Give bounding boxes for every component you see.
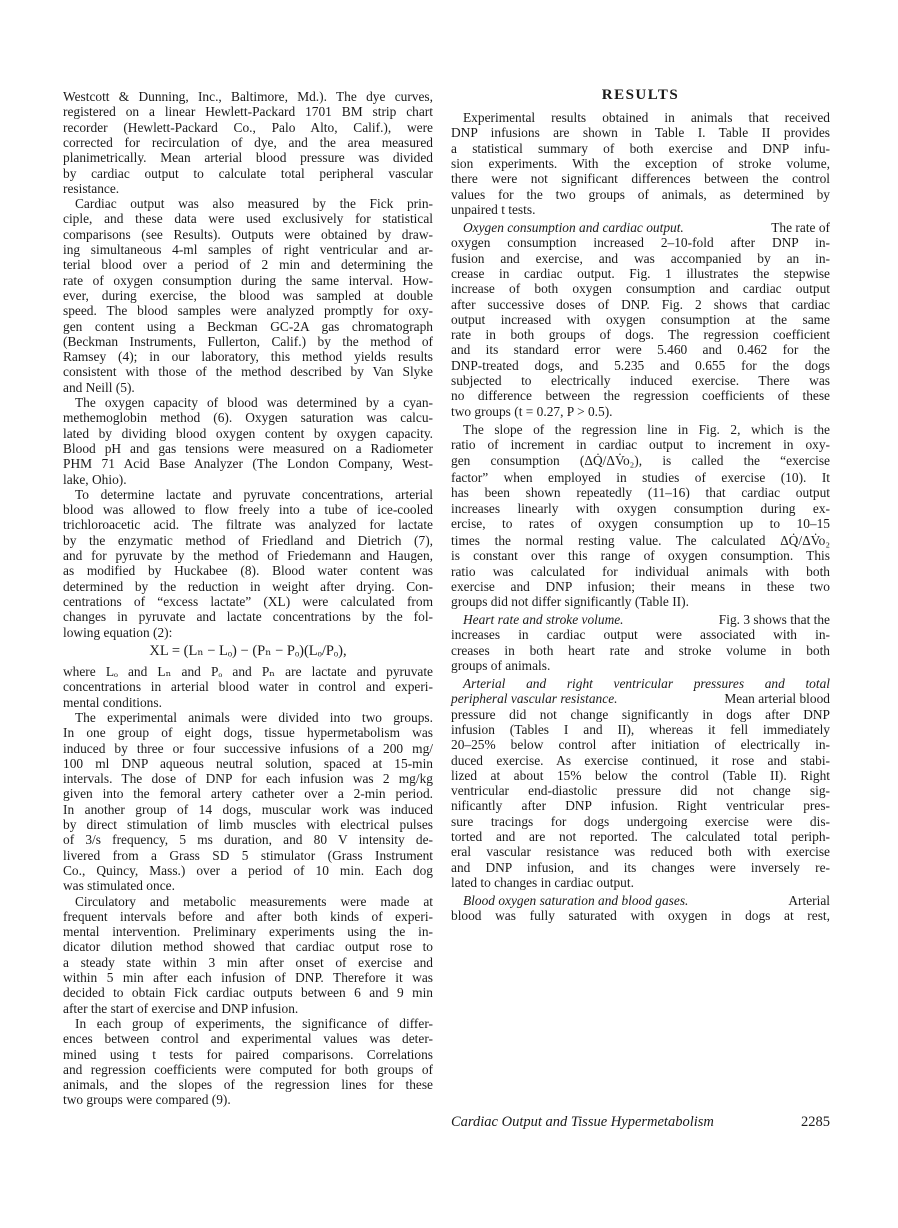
text-line: output increased with oxygen consumption… bbox=[451, 312, 830, 327]
text-line: unpaired t tests. bbox=[451, 202, 830, 217]
paragraph-start: Heart rate and stroke volume. Fig. 3 sho… bbox=[451, 612, 830, 627]
text-line: planimetrically. Mean arterial blood pre… bbox=[63, 150, 433, 165]
text-line: methemoglobin method (6). Oxygen saturat… bbox=[63, 410, 433, 425]
text-run: Mean arterial blood bbox=[724, 691, 830, 706]
subsection-title: Arterial and right ventricular pressures… bbox=[463, 676, 830, 691]
paragraph-start: The slope of the regression line in Fig.… bbox=[451, 422, 830, 437]
text-line: (Beckman Instruments, Fullerton, Calif.)… bbox=[63, 334, 433, 349]
text-line: ciple, and these data were used exclusiv… bbox=[63, 211, 433, 226]
text-line: intervals. The dose of DNP for each infu… bbox=[63, 771, 433, 786]
text-line: a statistical summary of both exercise a… bbox=[451, 141, 830, 156]
text-line: consistent with those of the method desc… bbox=[63, 364, 433, 379]
text-line: increases linearly with oxygen consumpti… bbox=[451, 501, 830, 516]
text-line: decided to obtain Fick cardiac outputs b… bbox=[63, 985, 433, 1000]
text-line: lowing equation (2): bbox=[63, 625, 433, 640]
text-line: subjected to electrically induced exerci… bbox=[451, 373, 830, 388]
text-line: 100 ml DNP aqueous neutral solution, spa… bbox=[63, 756, 433, 771]
text-line: blood was fully saturated with oxygen in… bbox=[451, 908, 830, 923]
paragraph-start: Oxygen consumption and cardiac output. T… bbox=[451, 220, 830, 235]
subsection-title: Oxygen consumption and cardiac output. bbox=[463, 220, 684, 235]
text-line: frequent intervals before and after both… bbox=[63, 909, 433, 924]
subsection-title: Heart rate and stroke volume. bbox=[463, 612, 624, 627]
paragraph-start: In each group of experiments, the signif… bbox=[63, 1016, 433, 1031]
text-line: nificantly after DNP infusion. Right ven… bbox=[451, 798, 830, 813]
text-line: a steady state within 3 min after onset … bbox=[63, 955, 433, 970]
paragraph-start: Arterial and right ventricular pressures… bbox=[451, 676, 830, 691]
text-line: times the normal resting value. The calc… bbox=[451, 533, 830, 548]
running-title: Cardiac Output and Tissue Hypermetabolis… bbox=[451, 1114, 714, 1131]
text-line: lake, Ohio). bbox=[63, 472, 433, 487]
text-line: Co., Quincy, Mass.) over a period of 10 … bbox=[63, 863, 433, 878]
text-line: mined using t tests for paired compariso… bbox=[63, 1047, 433, 1062]
text-line: corrected for recirculation of dye, and … bbox=[63, 135, 433, 150]
text-run: Fig. 3 shows that the bbox=[719, 612, 830, 627]
text-line: changes in pyruvate and lactate concentr… bbox=[63, 609, 433, 624]
text-line: terial blood over a period of 2 min and … bbox=[63, 257, 433, 272]
text-line: crease in cardiac output. Fig. 1 illustr… bbox=[451, 266, 830, 281]
text-line: by the enzymatic method of Friedland and… bbox=[63, 533, 433, 548]
text-line: mental intervention. Preliminary experim… bbox=[63, 924, 433, 939]
text-line: In another group of 14 dogs, muscular wo… bbox=[63, 802, 433, 817]
text-line: after successive doses of DNP. Fig. 2 sh… bbox=[451, 297, 830, 312]
text-line: Blood pH and gas tensions were measured … bbox=[63, 441, 433, 456]
text-line: and regression coefficients were compute… bbox=[63, 1062, 433, 1077]
text-line: fusion and exercise, and was accompanied… bbox=[451, 251, 830, 266]
text-line: sure tracings for dogs undergoing exerci… bbox=[451, 814, 830, 829]
text-line: lized at about 15% below the control (Ta… bbox=[451, 768, 830, 783]
text-line: PHM 71 Acid Base Analyzer (The London Co… bbox=[63, 456, 433, 471]
text-line: where Lₒ and Lₙ and Pₒ and Pₙ are lactat… bbox=[63, 664, 433, 679]
text-line: factor” when employed in studies of exer… bbox=[451, 470, 830, 485]
text-line: ever, during exercise, the blood was sam… bbox=[63, 288, 433, 303]
text-line: blood was allowed to flow freely into a … bbox=[63, 502, 433, 517]
text-line: exercise and DNP infusion; their means i… bbox=[451, 579, 830, 594]
text-line: infusion (Tables I and II), whereas it f… bbox=[451, 722, 830, 737]
text-line: increase of both oxygen consumption and … bbox=[451, 281, 830, 296]
text-line: concentrations in arterial blood water i… bbox=[63, 679, 433, 694]
text-line: resistance. bbox=[63, 181, 433, 196]
text-line: animals, and the slopes of the regressio… bbox=[63, 1077, 433, 1092]
text-line: ventricular end-diastolic pressure did n… bbox=[451, 783, 830, 798]
section-heading-results: RESULTS bbox=[451, 87, 830, 104]
text-line: In one group of eight dogs, tissue hyper… bbox=[63, 725, 433, 740]
text-line: was stimulated once. bbox=[63, 878, 433, 893]
paragraph-start: Experimental results obtained in animals… bbox=[451, 110, 830, 125]
text-line: rate of oxygen consumption during the sa… bbox=[63, 273, 433, 288]
text-line: groups of animals. bbox=[451, 658, 830, 673]
paragraph-start: To determine lactate and pyruvate concen… bbox=[63, 487, 433, 502]
subsection-title-cont: peripheral vascular resistance. bbox=[451, 691, 618, 706]
text-line: ratio of increment in cardiac output to … bbox=[451, 437, 830, 452]
text-line: creases in both heart rate and stroke vo… bbox=[451, 643, 830, 658]
text-line: ercise, to rates of oxygen consumption u… bbox=[451, 516, 830, 531]
equation: XL = (Lₙ − Lₒ) − (Pₙ − Pₒ)(Lₒ/Pₒ), bbox=[63, 644, 433, 659]
text-line: no difference between the regression coe… bbox=[451, 388, 830, 403]
text-line: ences between control and experimental v… bbox=[63, 1031, 433, 1046]
page-number: 2285 bbox=[801, 1114, 830, 1131]
text-line: determined by the reduction in weight af… bbox=[63, 579, 433, 594]
text-line: 20–25% below control after initiation of… bbox=[451, 737, 830, 752]
text-line: DNP infusions are shown in Table I. Tabl… bbox=[451, 125, 830, 140]
text-line: Westcott & Dunning, Inc., Baltimore, Md.… bbox=[63, 89, 433, 104]
text-line: and Neill (5). bbox=[63, 380, 433, 395]
text-run: Arterial bbox=[788, 893, 830, 908]
text-line: torted and are not reported. The calcula… bbox=[451, 829, 830, 844]
text-line: there were not significant differences b… bbox=[451, 171, 830, 186]
text-line: ing simultaneous 4-ml samples of right v… bbox=[63, 242, 433, 257]
text-line: two groups (t = 0.27, P > 0.5). bbox=[451, 404, 830, 419]
text-line: as modified by Huckabee (8). Blood water… bbox=[63, 563, 433, 578]
text-line: groups did not differ significantly (Tab… bbox=[451, 594, 830, 609]
text-line: has been shown repeatedly (11–16) that c… bbox=[451, 485, 830, 500]
text-line: induced by three or four successive infu… bbox=[63, 741, 433, 756]
text-line: mental conditions. bbox=[63, 695, 433, 710]
text-line: trichloroacetic acid. The filtrate was a… bbox=[63, 517, 433, 532]
text-line: gen content using a Beckman GC-2A gas ch… bbox=[63, 319, 433, 334]
text-line: lated to changes in cardiac output. bbox=[451, 875, 830, 890]
text-line: and its standard error were 5.460 and 0.… bbox=[451, 342, 830, 357]
paragraph-start: Circulatory and metabolic measurements w… bbox=[63, 894, 433, 909]
text-line: comparisons (see Results). Outputs were … bbox=[63, 227, 433, 242]
text-line: is constant over this range of oxygen co… bbox=[451, 548, 830, 563]
text-line: given into the femoral artery catheter o… bbox=[63, 786, 433, 801]
text-line: by direct stimulation of limb muscles wi… bbox=[63, 817, 433, 832]
text-line: sion experiments. With the exception of … bbox=[451, 156, 830, 171]
paragraph-start: Blood oxygen saturation and blood gases.… bbox=[451, 893, 830, 908]
page-footer: Cardiac Output and Tissue Hypermetabolis… bbox=[451, 1114, 830, 1134]
paragraph-start: The experimental animals were divided in… bbox=[63, 710, 433, 725]
text-line: pressure did not change significantly in… bbox=[451, 707, 830, 722]
text-line: livered from a Grass SD 5 stimulator (Gr… bbox=[63, 848, 433, 863]
text-line: and DNP infusion, and its changes were i… bbox=[451, 860, 830, 875]
text-line: increases in cardiac output were associa… bbox=[451, 627, 830, 642]
text-line: speed. The blood samples were analyzed p… bbox=[63, 303, 433, 318]
paragraph-start: Cardiac output was also measured by the … bbox=[63, 196, 433, 211]
text-line: within 5 min after each infusion of DNP.… bbox=[63, 970, 433, 985]
text-line: dicator dilution method showed that card… bbox=[63, 939, 433, 954]
text-line: by cardiac output to calculate total per… bbox=[63, 166, 433, 181]
text-line: gen consumption (ΔQ̇/ΔV̇o₂), is called t… bbox=[451, 453, 830, 468]
text-line: registered on a linear Hewlett-Packard 1… bbox=[63, 104, 433, 119]
text-line: oxygen consumption increased 2–10-fold a… bbox=[451, 235, 830, 250]
text-run: The rate of bbox=[771, 220, 830, 235]
text-line: duced exercise. As exercise continued, i… bbox=[451, 753, 830, 768]
text-line: and for pyruvate by the method of Friede… bbox=[63, 548, 433, 563]
text-line: recorder (Hewlett-Packard Co., Palo Alto… bbox=[63, 120, 433, 135]
text-line: lated by dividing blood oxygen content b… bbox=[63, 426, 433, 441]
paragraph-start: The oxygen capacity of blood was determi… bbox=[63, 395, 433, 410]
text-line: of 3/s frequency, 5 ms duration, and 80 … bbox=[63, 832, 433, 847]
text-line: values for the two groups of animals, as… bbox=[451, 187, 830, 202]
text-line: after the start of exercise and DNP infu… bbox=[63, 1001, 433, 1016]
text-line: Ramsey (4); in our laboratory, this meth… bbox=[63, 349, 433, 364]
text-line: DNP-treated dogs, and 5.235 and 0.655 fo… bbox=[451, 358, 830, 373]
text-line: ratio was calculated for individual anim… bbox=[451, 564, 830, 579]
text-line: eral vascular resistance was reduced bot… bbox=[451, 844, 830, 859]
text-line: centrations of “excess lactate” (XL) wer… bbox=[63, 594, 433, 609]
subsection-title: Blood oxygen saturation and blood gases. bbox=[463, 893, 688, 908]
text-line: peripheral vascular resistance. Mean art… bbox=[451, 691, 830, 706]
text-line: rate in both groups of dogs. The regress… bbox=[451, 327, 830, 342]
text-line: two groups were compared (9). bbox=[63, 1092, 433, 1107]
